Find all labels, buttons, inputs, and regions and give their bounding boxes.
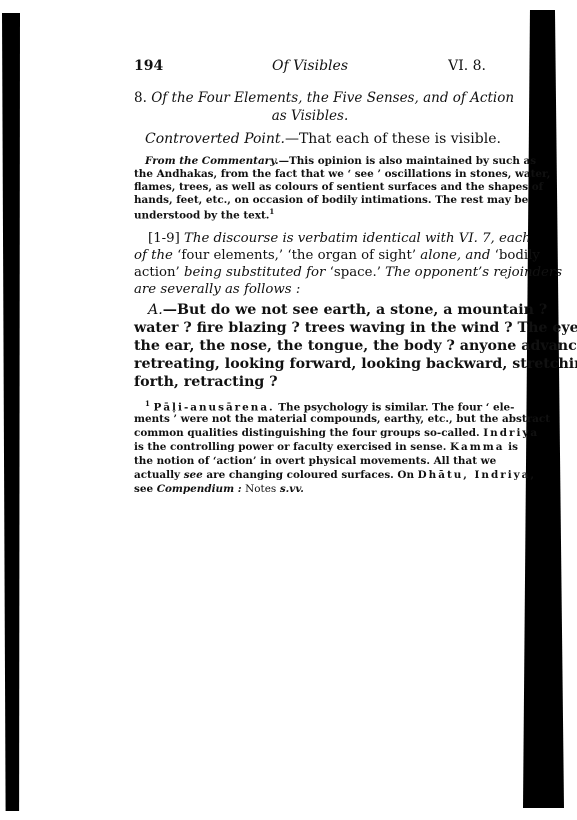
speaker-label: A. bbox=[148, 302, 163, 318]
discourse-line-4: are severally as follows : bbox=[134, 282, 486, 297]
discourse-text: alone, and bbox=[420, 248, 490, 263]
commentary-line-2: the Andhakas, from the fact that we ‘ se… bbox=[134, 168, 486, 180]
scan-border-left bbox=[2, 13, 20, 811]
discourse-line-1: [1-9] The discourse is verbatim identica… bbox=[148, 231, 486, 246]
commentary-text: —This opinion is also maintained by such… bbox=[279, 155, 537, 167]
pali-term: Dhātu, Indriya, bbox=[418, 469, 536, 481]
argument-text: —But do we not see earth, a stone, a mou… bbox=[163, 302, 547, 318]
footnote-text: actually bbox=[134, 469, 180, 481]
discourse-text: ‘bodily bbox=[495, 248, 540, 263]
argument-line-1: A.—But do we not see earth, a stone, a m… bbox=[148, 302, 486, 318]
footnote-text: are changing coloured surfaces. On bbox=[206, 469, 414, 481]
section-heading-line-2: as Visibles. bbox=[134, 108, 486, 124]
discourse-ref: [1-9] bbox=[148, 231, 180, 246]
footnote-text: see bbox=[184, 469, 203, 481]
discourse-text: ‘space.’ bbox=[330, 265, 381, 280]
footnote-text: Notes bbox=[245, 483, 276, 495]
running-title: Of Visibles bbox=[134, 58, 486, 74]
controverted-label: Controverted Point. bbox=[145, 131, 285, 147]
footnote-text: see bbox=[134, 483, 153, 495]
footnote-text: is bbox=[508, 441, 518, 453]
pali-term: Pāḷi-anusārena. bbox=[154, 401, 275, 413]
pali-term: Kamma bbox=[450, 441, 505, 453]
footnote-marker: 1 bbox=[145, 399, 150, 408]
commentary-line-1: From the Commentary.—This opinion is als… bbox=[145, 155, 486, 167]
controverted-point: Controverted Point.—That each of these i… bbox=[145, 131, 497, 147]
commentary-text: understood by the text. bbox=[134, 209, 269, 221]
argument-line-4: retreating, looking forward, looking bac… bbox=[134, 356, 486, 372]
section-title: Of the Four Elements, the Five Senses, a… bbox=[151, 90, 514, 106]
commentary-label: From the Commentary. bbox=[145, 155, 279, 167]
commentary-line-4: hands, feet, etc., on occasion of bodily… bbox=[134, 194, 486, 206]
footnote-line-1: 1 Pāḷi-anusārena. The psychology is simi… bbox=[145, 399, 486, 413]
argument-line-5: forth, retracting ? bbox=[134, 374, 486, 390]
argument-line-2: water ? fire blazing ? trees waving in t… bbox=[134, 320, 486, 336]
section-reference: VI. 8. bbox=[448, 58, 486, 74]
discourse-text: being substituted for bbox=[184, 265, 325, 280]
controverted-text: —That each of these is visible. bbox=[285, 131, 501, 147]
commentary-line-5: understood by the text.1 bbox=[134, 207, 486, 221]
discourse-text: The opponent’s rejoinders bbox=[385, 265, 562, 280]
argument-line-3: the ear, the nose, the tongue, the body … bbox=[134, 338, 486, 354]
footnote-text: common qualities distinguishing the four… bbox=[134, 427, 480, 439]
footnote-line-2: ments ’ were not the material compounds,… bbox=[134, 413, 486, 425]
footnote-reference: 1 bbox=[269, 207, 274, 216]
footnote-line-3: common qualities distinguishing the four… bbox=[134, 427, 486, 439]
footnote-line-6: actually see are changing coloured surfa… bbox=[134, 469, 486, 481]
pali-term: Indriya bbox=[483, 427, 539, 439]
discourse-line-3: action’ being substituted for ‘space.’ T… bbox=[134, 265, 486, 280]
discourse-text: The discourse is verbatim identical with… bbox=[184, 231, 531, 246]
discourse-line-2: of the ‘four elements,’ ‘the organ of si… bbox=[134, 248, 486, 263]
footnote-line-4: is the controlling power or faculty exer… bbox=[134, 441, 486, 453]
commentary-line-3: flames, trees, as well as colours of sen… bbox=[134, 181, 486, 193]
footnote-line-7: see Compendium : Notes s.vv. bbox=[134, 483, 486, 495]
footnote-line-5: the notion of ‘action’ in overt physical… bbox=[134, 455, 486, 467]
footnote-text: is the controlling power or faculty exer… bbox=[134, 441, 446, 453]
scan-border-right bbox=[523, 10, 564, 808]
footnote-text: Compendium : bbox=[157, 483, 242, 495]
discourse-text: of the bbox=[134, 248, 173, 263]
discourse-text: ‘four elements,’ ‘the organ of sight’ bbox=[177, 248, 416, 263]
footnote-text: s.vv. bbox=[280, 483, 304, 495]
footnote-text: The psychology is similar. The four ‘ el… bbox=[278, 401, 514, 413]
section-number: 8. bbox=[134, 90, 147, 106]
discourse-text: action’ bbox=[134, 265, 180, 280]
section-heading-line-1: 8. Of the Four Elements, the Five Senses… bbox=[134, 90, 486, 106]
running-header: 194 Of Visibles VI. 8. bbox=[134, 58, 486, 76]
